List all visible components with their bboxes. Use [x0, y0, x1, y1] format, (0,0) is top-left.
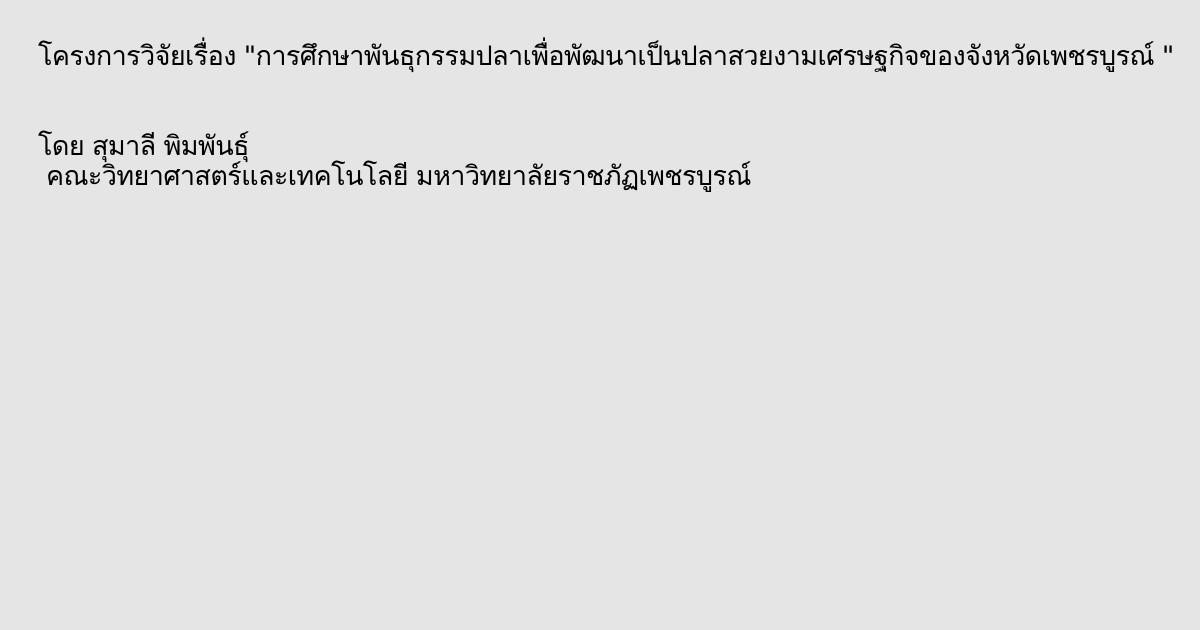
author-name: โดย สุมาลี พิมพันธุ์: [38, 132, 751, 162]
author-block: โดย สุมาลี พิมพันธุ์ คณะวิทยาศาสตร์และเท…: [38, 132, 751, 192]
research-project-title: โครงการวิจัยเรื่อง "การศึกษาพันธุกรรมปลา…: [38, 42, 1178, 72]
document-page: โครงการวิจัยเรื่อง "การศึกษาพันธุกรรมปลา…: [0, 0, 1200, 630]
author-affiliation: คณะวิทยาศาสตร์และเทคโนโลยี มหาวิทยาลัยรา…: [38, 162, 751, 192]
